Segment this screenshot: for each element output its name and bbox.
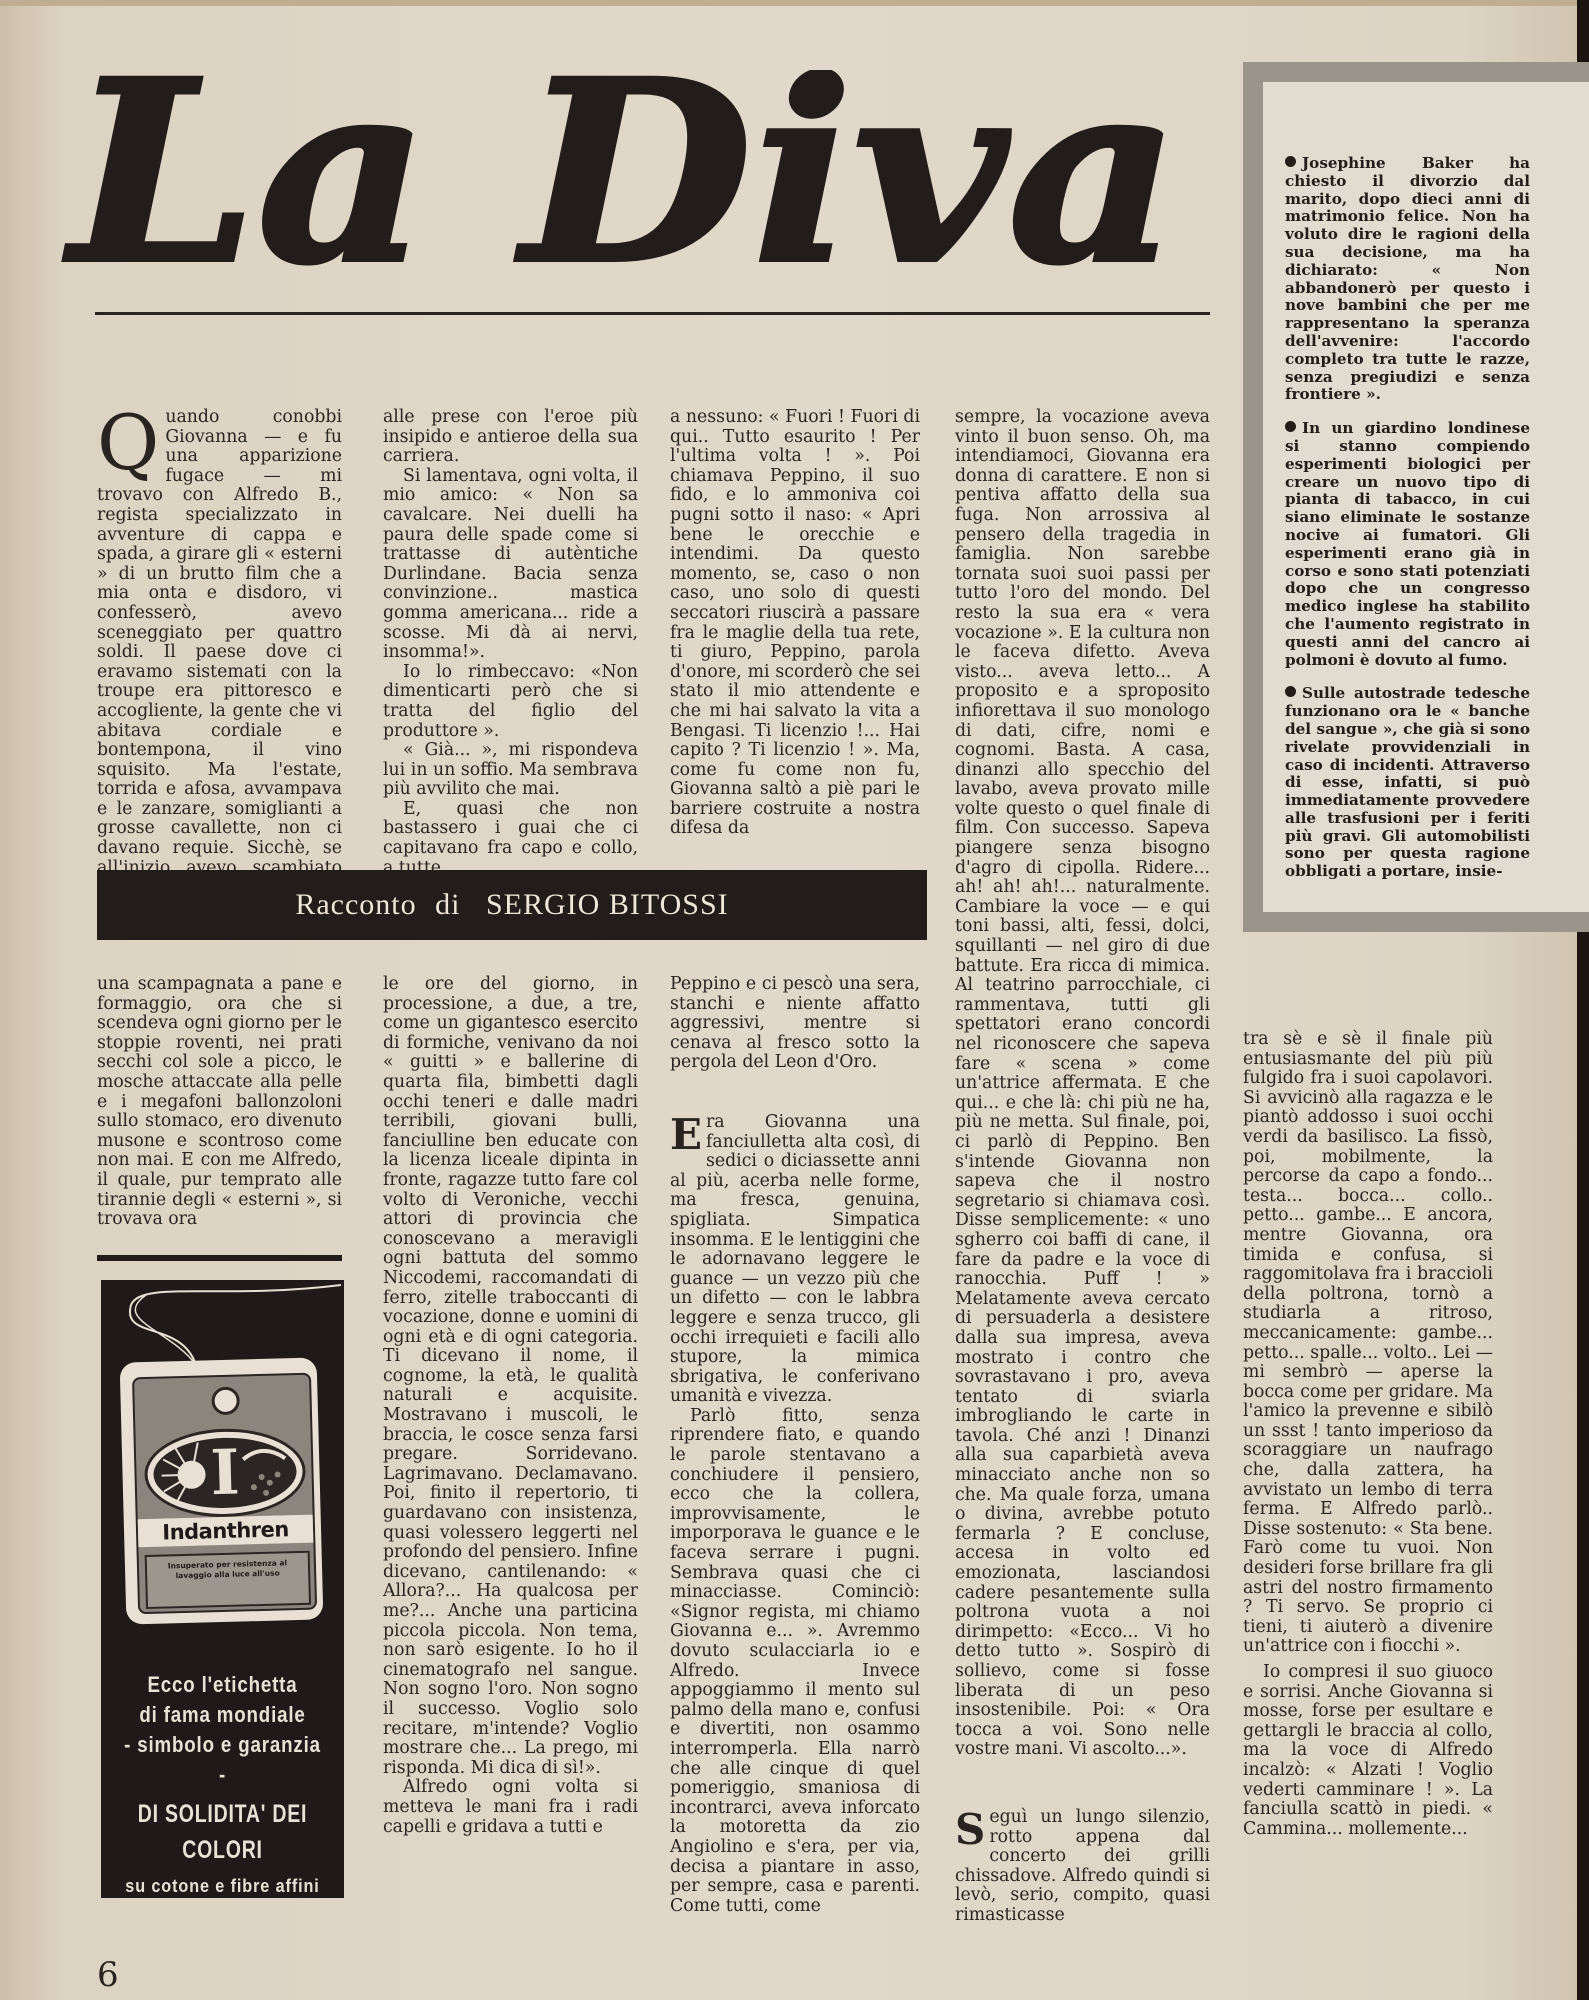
paragraph: « Già... », mi rispondeva lui in un soff… <box>383 741 638 800</box>
paragraph: eguì un lungo silenzio, rotto appena dal… <box>955 1807 1210 1925</box>
paragraph: alle prese con l'eroe più insipido e ant… <box>383 408 638 467</box>
ad-headline-4: DI SOLIDITA' DEI COLORI <box>128 1796 318 1868</box>
story-column-2-bottom: le ore del giorno, in processione, a due… <box>383 975 638 1837</box>
news-item: Josephine Baker ha chiesto il divorzio d… <box>1285 155 1530 404</box>
tag-claim: Insuperato per resistenza al lavaggio al… <box>145 1551 311 1609</box>
story-column-4: sempre, la vocazione aveva vinto il buon… <box>955 408 1210 1926</box>
paragraph: Peppino e ci pescò una sera, stanchi e n… <box>670 975 920 1073</box>
indanthren-advertisement: I Indanthren Insuperato per resistenza a… <box>101 1280 344 1898</box>
drop-cap-e: E <box>670 1117 702 1153</box>
byline-band: Racconto di SERGIO BITOSSI <box>97 870 927 940</box>
paragraph: tra sè e sè il finale più entusiasmante … <box>1243 1030 1493 1657</box>
byline-prefix: Racconto di <box>295 888 460 922</box>
paragraph: ra Giovanna una fanciulletta alta così, … <box>670 1112 920 1406</box>
ad-headline-1: Ecco l'etichetta <box>119 1670 326 1700</box>
paragraph: Si lamentava, ogni volta, il mio amico: … <box>383 467 638 663</box>
paragraph: Io compresi il suo giuoco e sorrisi. Anc… <box>1243 1663 1493 1839</box>
story-column-5: tra sè e sè il finale più entusiasmante … <box>1243 1030 1493 1839</box>
paragraph: una scampagnata a pane e formaggio, ora … <box>97 975 342 1230</box>
product-label-tag: I Indanthren Insuperato per resistenza a… <box>120 1357 324 1624</box>
sun-rain-logo-icon: I <box>153 1436 298 1510</box>
bullet-icon <box>1285 686 1296 697</box>
byline-author: SERGIO BITOSSI <box>486 888 729 922</box>
paragraph: le ore del giorno, in processione, a due… <box>383 975 638 1778</box>
title-script-lettering: La Diva <box>40 70 1210 300</box>
paragraph: Io lo rimbeccavo: «Non dimenticarti però… <box>383 663 638 741</box>
news-item: In un giardino londinese si stanno compi… <box>1285 420 1530 669</box>
paragraph: Alfredo ogni volta si metteva le mani fr… <box>383 1778 638 1837</box>
bullet-icon <box>1285 421 1296 432</box>
tag-string-icon <box>101 1280 344 1370</box>
story-column-1-bottom: una scampagnata a pane e formaggio, ora … <box>97 975 342 1230</box>
paragraph: Parlò fitto, senza riprendere fiato, e q… <box>670 1407 920 1916</box>
ad-separator-rule <box>97 1255 342 1261</box>
ad-headline-3: - simbolo e garanzia - <box>119 1730 326 1790</box>
article-title: La Diva <box>40 70 1210 300</box>
story-column-3-bottom: Peppino e ci pescò una sera, stanchi e n… <box>670 975 920 1916</box>
story-column-2-top: alle prese con l'eroe più insipido e ant… <box>383 408 638 878</box>
story-column-3-top: a nessuno: « Fuori ! Fuori di qui.. Tutt… <box>670 408 920 839</box>
ad-tagline: su cotone e fibre affini <box>113 1872 332 1898</box>
ad-copy: Ecco l'etichetta di fama mondiale - simb… <box>101 1670 344 1898</box>
ad-headline-2: di fama mondiale <box>119 1700 326 1730</box>
paragraph: a nessuno: « Fuori ! Fuori di qui.. Tutt… <box>670 408 920 839</box>
story-column-1-top: Quando conobbi Giovanna — e fu una appar… <box>97 408 342 898</box>
paragraph: sempre, la vocazione aveva vinto il buon… <box>955 408 1210 1760</box>
news-item: Sulle autostrade tedesche funzionano ora… <box>1285 685 1530 881</box>
drop-cap-q: Q <box>97 410 159 476</box>
logo-oval: I <box>143 1427 306 1519</box>
bullet-icon <box>1285 156 1296 167</box>
title-rule <box>95 312 1210 315</box>
paragraph: E, quasi che non bastassero i guai che c… <box>383 800 638 878</box>
brand-name: Indanthren <box>138 1515 314 1548</box>
title-text: La Diva <box>64 70 1180 300</box>
tag-hole-icon <box>211 1386 240 1415</box>
news-sidebar-text: Josephine Baker ha chiesto il divorzio d… <box>1285 155 1530 897</box>
drop-cap-s: S <box>955 1812 985 1848</box>
page-number: 6 <box>97 1955 119 1995</box>
page-edge-top <box>0 0 1589 6</box>
tag-panel: I Indanthren Insuperato per resistenza a… <box>132 1373 317 1615</box>
logo-letter: I <box>153 1438 298 1508</box>
